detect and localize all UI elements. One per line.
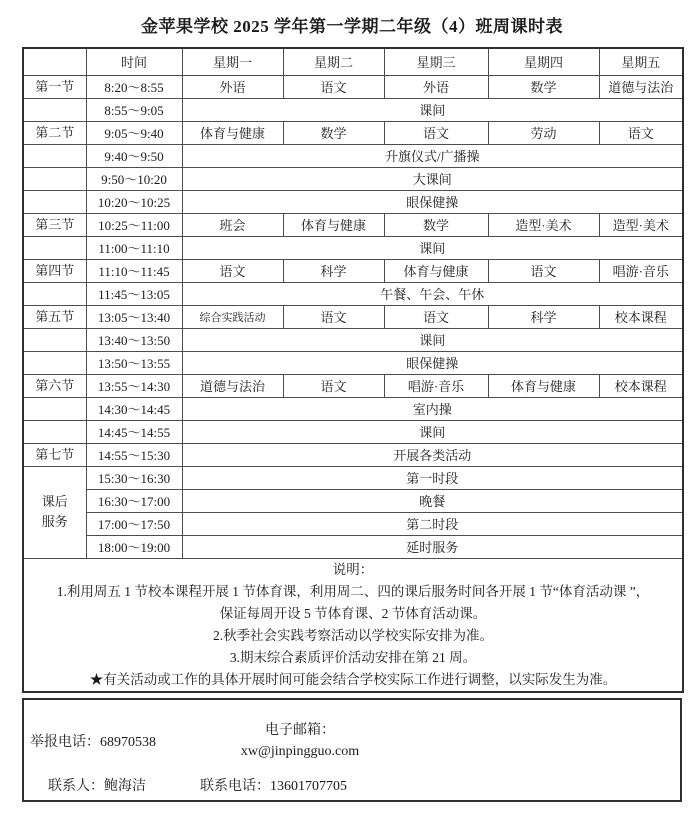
- subject-cell: 校本课程: [599, 374, 683, 397]
- full-width-activity-cell: 午餐、午会、午休: [182, 282, 683, 305]
- time-cell: 10:20～10:25: [86, 190, 182, 213]
- period-cell-empty: [23, 282, 86, 305]
- full-width-activity-cell: 第一时段: [182, 466, 683, 489]
- email-block: 电子邮箱： xw@jinpingguo.com: [180, 720, 420, 762]
- time-cell: 18:00～19:00: [86, 535, 182, 558]
- schedule-header-row: 时间 星期一 星期二 星期三 星期四 星期五: [23, 48, 683, 75]
- period-cell: 第三节: [23, 213, 86, 236]
- subject-cell: 语文: [384, 121, 488, 144]
- time-cell: 13:05～13:40: [86, 305, 182, 328]
- subject-cell: 数学: [488, 75, 599, 98]
- report-phone-number: 68970538: [100, 735, 156, 750]
- subject-cell: 唱游·音乐: [599, 259, 683, 282]
- full-width-activity-cell: 开展各类活动: [182, 443, 683, 466]
- timetable-sheet: 金苹果学校 2025 学年第一学期二年级（4）班周课时表 时间 星期一 星期二 …: [0, 0, 693, 802]
- time-cell: 11:10～11:45: [86, 259, 182, 282]
- schedule-row: 8:55～9:05课间: [23, 98, 683, 121]
- schedule-row: 11:45～13:05午餐、午会、午休: [23, 282, 683, 305]
- time-column-header: 时间: [86, 48, 182, 75]
- period-cell: 第七节: [23, 443, 86, 466]
- contact-person-label: 联系人：: [48, 779, 104, 794]
- schedule-row: 第七节14:55～15:30开展各类活动: [23, 443, 683, 466]
- time-cell: 14:45～14:55: [86, 420, 182, 443]
- day-header-wednesday: 星期三: [384, 48, 488, 75]
- subject-cell: 劳动: [488, 121, 599, 144]
- contact-row-2: 联系人：鲍海洁 联系电话：13601707705: [24, 775, 680, 795]
- subject-cell: 体育与健康: [182, 121, 283, 144]
- contact-person-name: 鲍海洁: [104, 779, 146, 794]
- schedule-row: 第一节8:20～8:55外语语文外语数学道德与法治: [23, 75, 683, 98]
- period-cell-empty: [23, 351, 86, 374]
- time-cell: 11:00～11:10: [86, 236, 182, 259]
- time-cell: 8:20～8:55: [86, 75, 182, 98]
- period-cell: 课后 服务: [23, 466, 86, 558]
- subject-cell: 体育与健康: [384, 259, 488, 282]
- full-width-activity-cell: 延时服务: [182, 535, 683, 558]
- period-cell-empty: [23, 397, 86, 420]
- note-line-1: 1.利用周五 1 节校本课程开展 1 节体育课，利用周二、四的课后服务时间各开展…: [25, 581, 681, 603]
- full-width-activity-cell: 晚餐: [182, 489, 683, 512]
- subject-cell: 语文: [182, 259, 283, 282]
- time-cell: 13:55～14:30: [86, 374, 182, 397]
- time-cell: 9:50～10:20: [86, 167, 182, 190]
- report-phone-label: 举报电话：: [30, 735, 100, 750]
- schedule-row: 14:45～14:55课间: [23, 420, 683, 443]
- period-cell-empty: [23, 328, 86, 351]
- note-line-1-continued: 保证每周开设 5 节体育课、2 节体育活动课。: [25, 603, 681, 625]
- schedule-row: 9:40～9:50升旗仪式/广播操: [23, 144, 683, 167]
- period-cell: 第二节: [23, 121, 86, 144]
- full-width-activity-cell: 课间: [182, 98, 683, 121]
- day-header-tuesday: 星期二: [283, 48, 384, 75]
- notes-row: 说明： 1.利用周五 1 节校本课程开展 1 节体育课，利用周二、四的课后服务时…: [23, 558, 683, 692]
- time-cell: 10:25～11:00: [86, 213, 182, 236]
- subject-cell: 数学: [283, 121, 384, 144]
- time-cell: 11:45～13:05: [86, 282, 182, 305]
- corner-cell: [23, 48, 86, 75]
- time-cell: 16:30～17:00: [86, 489, 182, 512]
- full-width-activity-cell: 课间: [182, 420, 683, 443]
- subject-cell: 语文: [283, 305, 384, 328]
- full-width-activity-cell: 眼保健操: [182, 351, 683, 374]
- full-width-activity-cell: 眼保健操: [182, 190, 683, 213]
- subject-cell: 校本课程: [599, 305, 683, 328]
- subject-cell: 班会: [182, 213, 283, 236]
- subject-cell: 科学: [488, 305, 599, 328]
- time-cell: 14:30～14:45: [86, 397, 182, 420]
- subject-cell: 语文: [283, 75, 384, 98]
- subject-cell: 唱游·音乐: [384, 374, 488, 397]
- contact-phone-label: 联系电话：: [200, 779, 270, 794]
- contact-phone: 联系电话：13601707705: [200, 775, 347, 795]
- schedule-row: 第五节13:05～13:40综合实践活动语文语文科学校本课程: [23, 305, 683, 328]
- subject-cell: 道德与法治: [599, 75, 683, 98]
- email-address: xw@jinpingguo.com: [180, 741, 420, 762]
- day-header-friday: 星期五: [599, 48, 683, 75]
- period-cell-empty: [23, 98, 86, 121]
- period-cell-empty: [23, 144, 86, 167]
- full-width-activity-cell: 第二时段: [182, 512, 683, 535]
- day-header-thursday: 星期四: [488, 48, 599, 75]
- note-line-3: 3.期末综合素质评价活动安排在第 21 周。: [25, 647, 681, 669]
- period-cell: 第一节: [23, 75, 86, 98]
- email-label: 电子邮箱：: [180, 720, 420, 741]
- subject-cell: 语文: [283, 374, 384, 397]
- time-cell: 13:50～13:55: [86, 351, 182, 374]
- schedule-row: 第六节13:55～14:30道德与法治语文唱游·音乐体育与健康校本课程: [23, 374, 683, 397]
- subject-cell: 科学: [283, 259, 384, 282]
- subject-cell: 体育与健康: [488, 374, 599, 397]
- subject-cell: 语文: [384, 305, 488, 328]
- full-width-activity-cell: 大课间: [182, 167, 683, 190]
- period-cell: 第五节: [23, 305, 86, 328]
- time-cell: 13:40～13:50: [86, 328, 182, 351]
- note-line-star: ★有关活动或工作的具体开展时间可能会结合学校实际工作进行调整，以实际发生为准。: [25, 669, 681, 691]
- day-header-monday: 星期一: [182, 48, 283, 75]
- schedule-row: 11:00～11:10课间: [23, 236, 683, 259]
- subject-cell: 语文: [599, 121, 683, 144]
- subject-cell: 外语: [384, 75, 488, 98]
- time-cell: 14:55～15:30: [86, 443, 182, 466]
- subject-cell: 综合实践活动: [182, 305, 283, 328]
- full-width-activity-cell: 升旗仪式/广播操: [182, 144, 683, 167]
- period-cell-empty: [23, 190, 86, 213]
- schedule-row: 13:40～13:50课间: [23, 328, 683, 351]
- schedule-row: 9:50～10:20大课间: [23, 167, 683, 190]
- contact-phone-number: 13601707705: [270, 779, 347, 794]
- time-cell: 15:30～16:30: [86, 466, 182, 489]
- notes-cell: 说明： 1.利用周五 1 节校本课程开展 1 节体育课，利用周二、四的课后服务时…: [23, 558, 683, 692]
- schedule-row: 16:30～17:00晚餐: [23, 489, 683, 512]
- subject-cell: 道德与法治: [182, 374, 283, 397]
- period-cell-empty: [23, 420, 86, 443]
- schedule-row: 18:00～19:00延时服务: [23, 535, 683, 558]
- schedule-row: 第三节10:25～11:00班会体育与健康数学造型·美术造型·美术: [23, 213, 683, 236]
- schedule-row: 13:50～13:55眼保健操: [23, 351, 683, 374]
- page-title: 金苹果学校 2025 学年第一学期二年级（4）班周课时表: [22, 12, 682, 37]
- contact-person: 联系人：鲍海洁: [48, 775, 200, 795]
- period-cell: 第四节: [23, 259, 86, 282]
- time-cell: 8:55～9:05: [86, 98, 182, 121]
- report-phone: 举报电话：68970538: [30, 731, 180, 751]
- time-cell: 17:00～17:50: [86, 512, 182, 535]
- note-line-2: 2.秋季社会实践考察活动以学校实际安排为准。: [25, 625, 681, 647]
- period-cell-empty: [23, 167, 86, 190]
- notes-heading: 说明：: [25, 559, 681, 581]
- subject-cell: 造型·美术: [599, 213, 683, 236]
- period-cell: 第六节: [23, 374, 86, 397]
- subject-cell: 语文: [488, 259, 599, 282]
- contact-info-box: 举报电话：68970538 电子邮箱： xw@jinpingguo.com 联系…: [22, 698, 682, 802]
- subject-cell: 造型·美术: [488, 213, 599, 236]
- time-cell: 9:40～9:50: [86, 144, 182, 167]
- schedule-row: 课后 服务15:30～16:30第一时段: [23, 466, 683, 489]
- schedule-row: 第四节11:10～11:45语文科学体育与健康语文唱游·音乐: [23, 259, 683, 282]
- full-width-activity-cell: 室内操: [182, 397, 683, 420]
- subject-cell: 数学: [384, 213, 488, 236]
- subject-cell: 外语: [182, 75, 283, 98]
- contact-row-1: 举报电话：68970538 电子邮箱： xw@jinpingguo.com: [24, 720, 680, 762]
- schedule-row: 10:20～10:25眼保健操: [23, 190, 683, 213]
- full-width-activity-cell: 课间: [182, 236, 683, 259]
- schedule-row: 第二节9:05～9:40体育与健康数学语文劳动语文: [23, 121, 683, 144]
- full-width-activity-cell: 课间: [182, 328, 683, 351]
- schedule-table: 时间 星期一 星期二 星期三 星期四 星期五 第一节8:20～8:55外语语文外…: [22, 47, 684, 693]
- schedule-row: 14:30～14:45室内操: [23, 397, 683, 420]
- period-cell-empty: [23, 236, 86, 259]
- subject-cell: 体育与健康: [283, 213, 384, 236]
- schedule-row: 17:00～17:50第二时段: [23, 512, 683, 535]
- time-cell: 9:05～9:40: [86, 121, 182, 144]
